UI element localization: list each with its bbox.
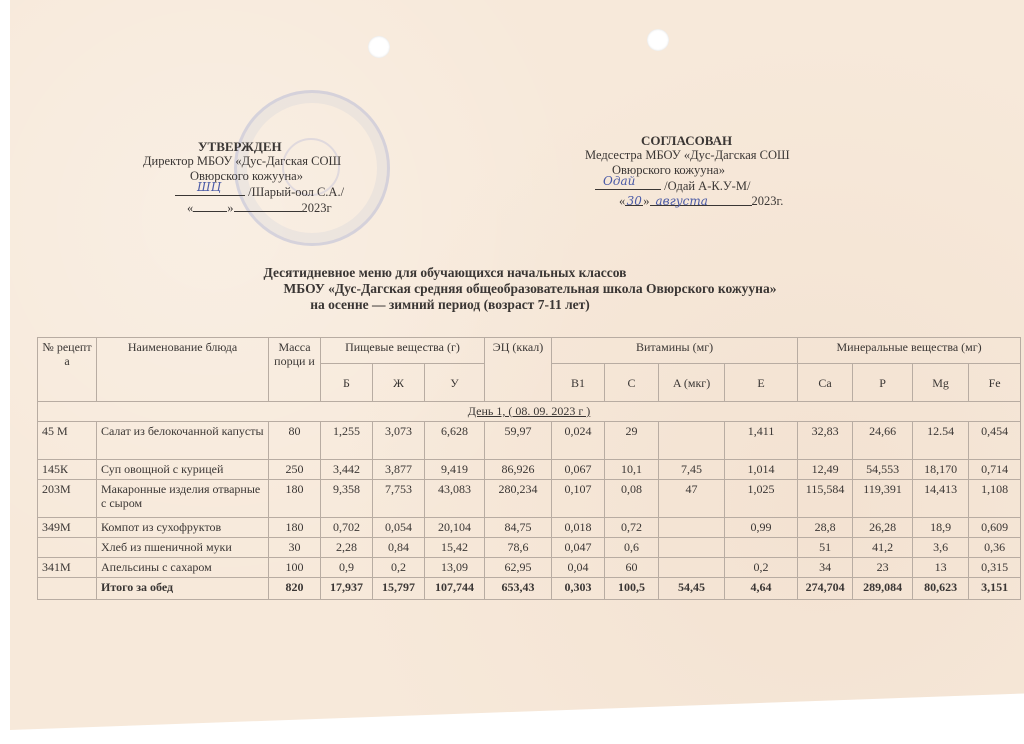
header-portion-mass: Масса порци и [269, 338, 321, 402]
cell-fat: 3,877 [373, 460, 425, 480]
cell-portion-mass: 820 [269, 578, 321, 600]
title-line-2: МБОУ «Дус-Дагская средняя общеобразовате… [150, 281, 910, 297]
cell-iron: 0,315 [969, 558, 1021, 578]
cell-phosphorus: 41,2 [853, 538, 913, 558]
cell-vitamin-a [659, 518, 725, 538]
cell-dish-name: Макаронные изделия отварные с сыром [97, 480, 269, 518]
total-row: Итого за обед82017,93715,797107,744653,4… [38, 578, 1021, 600]
cell-vitamin-b1: 0,024 [552, 422, 605, 460]
cell-calcium: 274,704 [798, 578, 853, 600]
cell-protein: 0,702 [321, 518, 373, 538]
header-fe: Fe [969, 364, 1021, 402]
date-day-blank [193, 200, 227, 212]
cell-magnesium: 14,413 [913, 480, 969, 518]
cell-calcium: 115,584 [798, 480, 853, 518]
cell-vitamin-a: 7,45 [659, 460, 725, 480]
cell-portion-mass: 180 [269, 518, 321, 538]
cell-vitamin-e: 1,411 [725, 422, 798, 460]
header-carbs: У [425, 364, 485, 402]
cell-protein: 3,442 [321, 460, 373, 480]
cell-dish-name: Салат из белокочанной капусты [97, 422, 269, 460]
cell-protein: 9,358 [321, 480, 373, 518]
cell-recipe-code: 341М [38, 558, 97, 578]
signature-line: ШЦ [175, 184, 245, 196]
cell-phosphorus: 54,553 [853, 460, 913, 480]
cell-recipe-code: 349М [38, 518, 97, 538]
title-line-1: Десятидневное меню для обучающихся начал… [150, 265, 910, 281]
header-p: P [853, 364, 913, 402]
cell-dish-name: Суп овощной с курицей [97, 460, 269, 480]
signature-line: Одай [595, 178, 661, 190]
table-row: 145КСуп овощной с курицей2503,4423,8779,… [38, 460, 1021, 480]
agreer-name: /Одай А-К.У-М/ [664, 179, 750, 193]
signature: Одай [603, 174, 635, 189]
cell-vitamin-b1: 0,047 [552, 538, 605, 558]
cell-magnesium: 3,6 [913, 538, 969, 558]
cell-phosphorus: 119,391 [853, 480, 913, 518]
cell-carbs: 13,09 [425, 558, 485, 578]
cell-protein: 17,937 [321, 578, 373, 600]
cell-fat: 3,073 [373, 422, 425, 460]
cell-portion-mass: 80 [269, 422, 321, 460]
cell-phosphorus: 26,28 [853, 518, 913, 538]
cell-carbs: 15,42 [425, 538, 485, 558]
cell-vitamin-a [659, 422, 725, 460]
approval-year: 2023г [302, 201, 332, 215]
cell-vitamin-c: 10,1 [605, 460, 659, 480]
cell-magnesium: 12.54 [913, 422, 969, 460]
cell-carbs: 43,083 [425, 480, 485, 518]
cell-calcium: 51 [798, 538, 853, 558]
approver-name: /Шарый-оол С.А./ [248, 185, 344, 199]
cell-vitamin-e: 0,2 [725, 558, 798, 578]
signature: ШЦ [197, 180, 221, 195]
date-month: августа [650, 194, 708, 208]
table-row: 341МАпельсины с сахаром1000,90,213,0962,… [38, 558, 1021, 578]
cell-iron: 0,36 [969, 538, 1021, 558]
cell-energy: 84,75 [485, 518, 552, 538]
approval-position: Директор МБОУ «Дус-Дагская СОШ [143, 154, 403, 169]
cell-phosphorus: 289,084 [853, 578, 913, 600]
agreement-block: СОГЛАСОВАН Медсестра МБОУ «Дус-Дагская С… [585, 133, 865, 209]
cell-recipe-code: 203М [38, 480, 97, 518]
agreement-year: 2023г. [752, 194, 784, 208]
cell-dish-name: Компот из сухофруктов [97, 518, 269, 538]
date-month-blank [234, 200, 302, 212]
cell-protein: 2,28 [321, 538, 373, 558]
day-label: День 1, ( 08. 09. 2023 г ) [38, 402, 1021, 422]
cell-fat: 15,797 [373, 578, 425, 600]
cell-dish-name: Итого за обед [97, 578, 269, 600]
cell-iron: 3,151 [969, 578, 1021, 600]
cell-calcium: 28,8 [798, 518, 853, 538]
header-mg: Mg [913, 364, 969, 402]
cell-protein: 1,255 [321, 422, 373, 460]
cell-calcium: 32,83 [798, 422, 853, 460]
header-dish-name: Наименование блюда [97, 338, 269, 402]
cell-recipe-code [38, 538, 97, 558]
cell-iron: 0,714 [969, 460, 1021, 480]
cell-recipe-code: 45 М [38, 422, 97, 460]
header-recipe-no: № рецепт а [38, 338, 97, 402]
cell-magnesium: 18,170 [913, 460, 969, 480]
cell-fat: 0,84 [373, 538, 425, 558]
punch-hole [368, 36, 390, 58]
title-line-3: на осенне — зимний период (возраст 7-11 … [150, 297, 910, 313]
cell-iron: 1,108 [969, 480, 1021, 518]
header-e: E [725, 364, 798, 402]
header-ca: Ca [798, 364, 853, 402]
cell-vitamin-e: 1,025 [725, 480, 798, 518]
cell-vitamin-c: 60 [605, 558, 659, 578]
cell-vitamin-c: 0,72 [605, 518, 659, 538]
cell-energy: 653,43 [485, 578, 552, 600]
cell-phosphorus: 23 [853, 558, 913, 578]
cell-vitamin-c: 100,5 [605, 578, 659, 600]
cell-vitamin-b1: 0,04 [552, 558, 605, 578]
cell-vitamin-e [725, 538, 798, 558]
header-vitamins: Витамины (мг) [552, 338, 798, 364]
cell-carbs: 20,104 [425, 518, 485, 538]
cell-vitamin-e: 1,014 [725, 460, 798, 480]
cell-magnesium: 13 [913, 558, 969, 578]
header-c: C [605, 364, 659, 402]
cell-fat: 0,054 [373, 518, 425, 538]
cell-vitamin-b1: 0,018 [552, 518, 605, 538]
table-row: Хлеб из пшеничной муки302,280,8415,4278,… [38, 538, 1021, 558]
cell-vitamin-a [659, 538, 725, 558]
cell-vitamin-a [659, 558, 725, 578]
cell-iron: 0,454 [969, 422, 1021, 460]
approval-block: УТВЕРЖДЕН Директор МБОУ «Дус-Дагская СОШ… [143, 139, 403, 216]
cell-recipe-code [38, 578, 97, 600]
cell-fat: 0,2 [373, 558, 425, 578]
table-row: 349МКомпот из сухофруктов1800,7020,05420… [38, 518, 1021, 538]
agreement-heading: СОГЛАСОВАН [585, 133, 865, 148]
cell-energy: 280,234 [485, 480, 552, 518]
cell-portion-mass: 180 [269, 480, 321, 518]
header-energy: ЭЦ (ккал) [485, 338, 552, 402]
cell-dish-name: Апельсины с сахаром [97, 558, 269, 578]
cell-portion-mass: 250 [269, 460, 321, 480]
approval-organization: Овюрского кожууна» [143, 169, 403, 184]
approval-heading: УТВЕРЖДЕН [143, 139, 403, 154]
cell-magnesium: 80,623 [913, 578, 969, 600]
header-b1: B1 [552, 364, 605, 402]
cell-vitamin-a: 54,45 [659, 578, 725, 600]
header-a: A (мкг) [659, 364, 725, 402]
header-fat: Ж [373, 364, 425, 402]
cell-vitamin-e: 0,99 [725, 518, 798, 538]
cell-magnesium: 18,9 [913, 518, 969, 538]
cell-vitamin-e: 4,64 [725, 578, 798, 600]
agreement-position: Медсестра МБОУ «Дус-Дагская СОШ [585, 148, 865, 163]
cell-energy: 86,926 [485, 460, 552, 480]
cell-vitamin-c: 29 [605, 422, 659, 460]
table-row: 45 МСалат из белокочанной капусты801,255… [38, 422, 1021, 460]
cell-iron: 0,609 [969, 518, 1021, 538]
cell-energy: 78,6 [485, 538, 552, 558]
header-protein: Б [321, 364, 373, 402]
cell-vitamin-b1: 0,107 [552, 480, 605, 518]
cell-phosphorus: 24,66 [853, 422, 913, 460]
cell-vitamin-b1: 0,303 [552, 578, 605, 600]
table-row: 203ММакаронные изделия отварные с сыром1… [38, 480, 1021, 518]
cell-portion-mass: 100 [269, 558, 321, 578]
cell-vitamin-c: 0,6 [605, 538, 659, 558]
cell-calcium: 12,49 [798, 460, 853, 480]
cell-portion-mass: 30 [269, 538, 321, 558]
cell-energy: 62,95 [485, 558, 552, 578]
cell-vitamin-a: 47 [659, 480, 725, 518]
cell-carbs: 6,628 [425, 422, 485, 460]
cell-carbs: 107,744 [425, 578, 485, 600]
cell-recipe-code: 145К [38, 460, 97, 480]
cell-carbs: 9,419 [425, 460, 485, 480]
cell-fat: 7,753 [373, 480, 425, 518]
menu-table: № рецепт а Наименование блюда Масса порц… [37, 337, 1021, 600]
cell-calcium: 34 [798, 558, 853, 578]
header-minerals: Минеральные вещества (мг) [798, 338, 1021, 364]
date-day: 30 [627, 194, 642, 208]
punch-hole [647, 29, 669, 51]
cell-energy: 59,97 [485, 422, 552, 460]
cell-vitamin-b1: 0,067 [552, 460, 605, 480]
cell-protein: 0,9 [321, 558, 373, 578]
header-nutrients: Пищевые вещества (г) [321, 338, 485, 364]
cell-vitamin-c: 0,08 [605, 480, 659, 518]
document-title: Десятидневное меню для обучающихся начал… [150, 265, 910, 313]
cell-dish-name: Хлеб из пшеничной муки [97, 538, 269, 558]
